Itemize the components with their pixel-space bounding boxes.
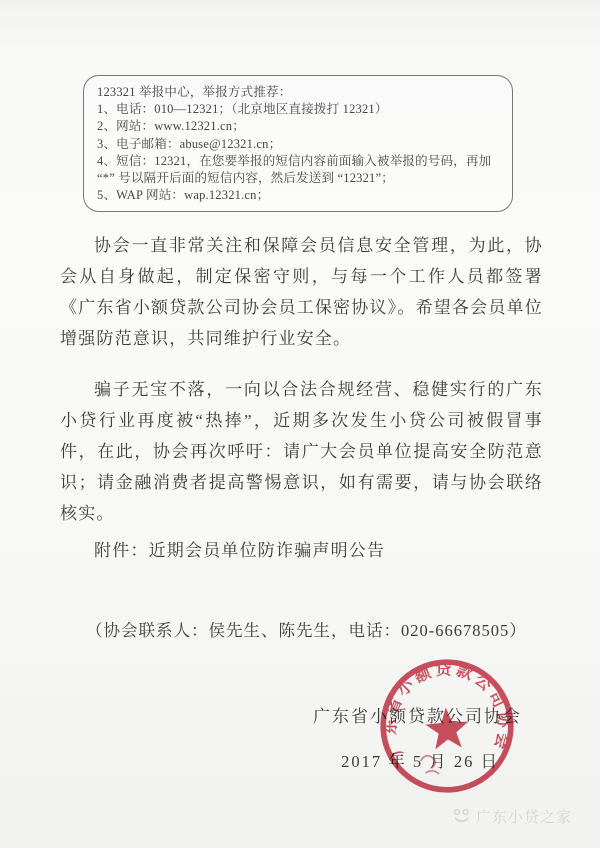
watermark-brand-text: 广东小贷之家 (476, 806, 572, 827)
report-box-title: 123321 举报中心，举报方式推荐： (97, 84, 499, 101)
home-logo-icon (452, 808, 472, 825)
attachment-line: 附件：近期会员单位防诈骗声明公告 (60, 536, 543, 561)
report-channels-box: 123321 举报中心，举报方式推荐： 1、电话：010—12321；（北京地区… (83, 75, 513, 212)
report-sms-line: 4、短信：12321，在您要举报的短信内容前面输入被举报的号码，再加 “*” 号… (97, 153, 499, 187)
report-wap-line: 5、WAP 网站：wap.12321.cn； (97, 187, 499, 204)
body-paragraph-security: 协会一直非常关注和保障会员信息安全管理，为此，协会从自身做起，制定保密守则，与每… (60, 230, 543, 354)
contact-line: （协会联系人：侯先生、陈先生，电话：020-66678505） (86, 617, 527, 641)
report-email-line: 3、电子邮箱：abuse@12321.cn； (97, 136, 499, 153)
signature-org-name: 广东省小额贷款公司协会 (0, 702, 522, 727)
body-paragraph-warning: 骗子无宝不落，一向以合法合规经营、稳健实行的广东小贷行业再度被“热捧”，近期多次… (60, 374, 543, 529)
signature-date: 2017 年 5 月 26 日 (0, 748, 499, 772)
report-phone-line: 1、电话：010—12321；（北京地区直接拨打 12321） (97, 101, 499, 118)
report-website-line: 2、网站：www.12321.cn； (97, 118, 499, 135)
watermark-footer: 广东小贷之家 (452, 806, 572, 827)
scanned-notice-page: 123321 举报中心，举报方式推荐： 1、电话：010—12321；（北京地区… (0, 0, 600, 848)
